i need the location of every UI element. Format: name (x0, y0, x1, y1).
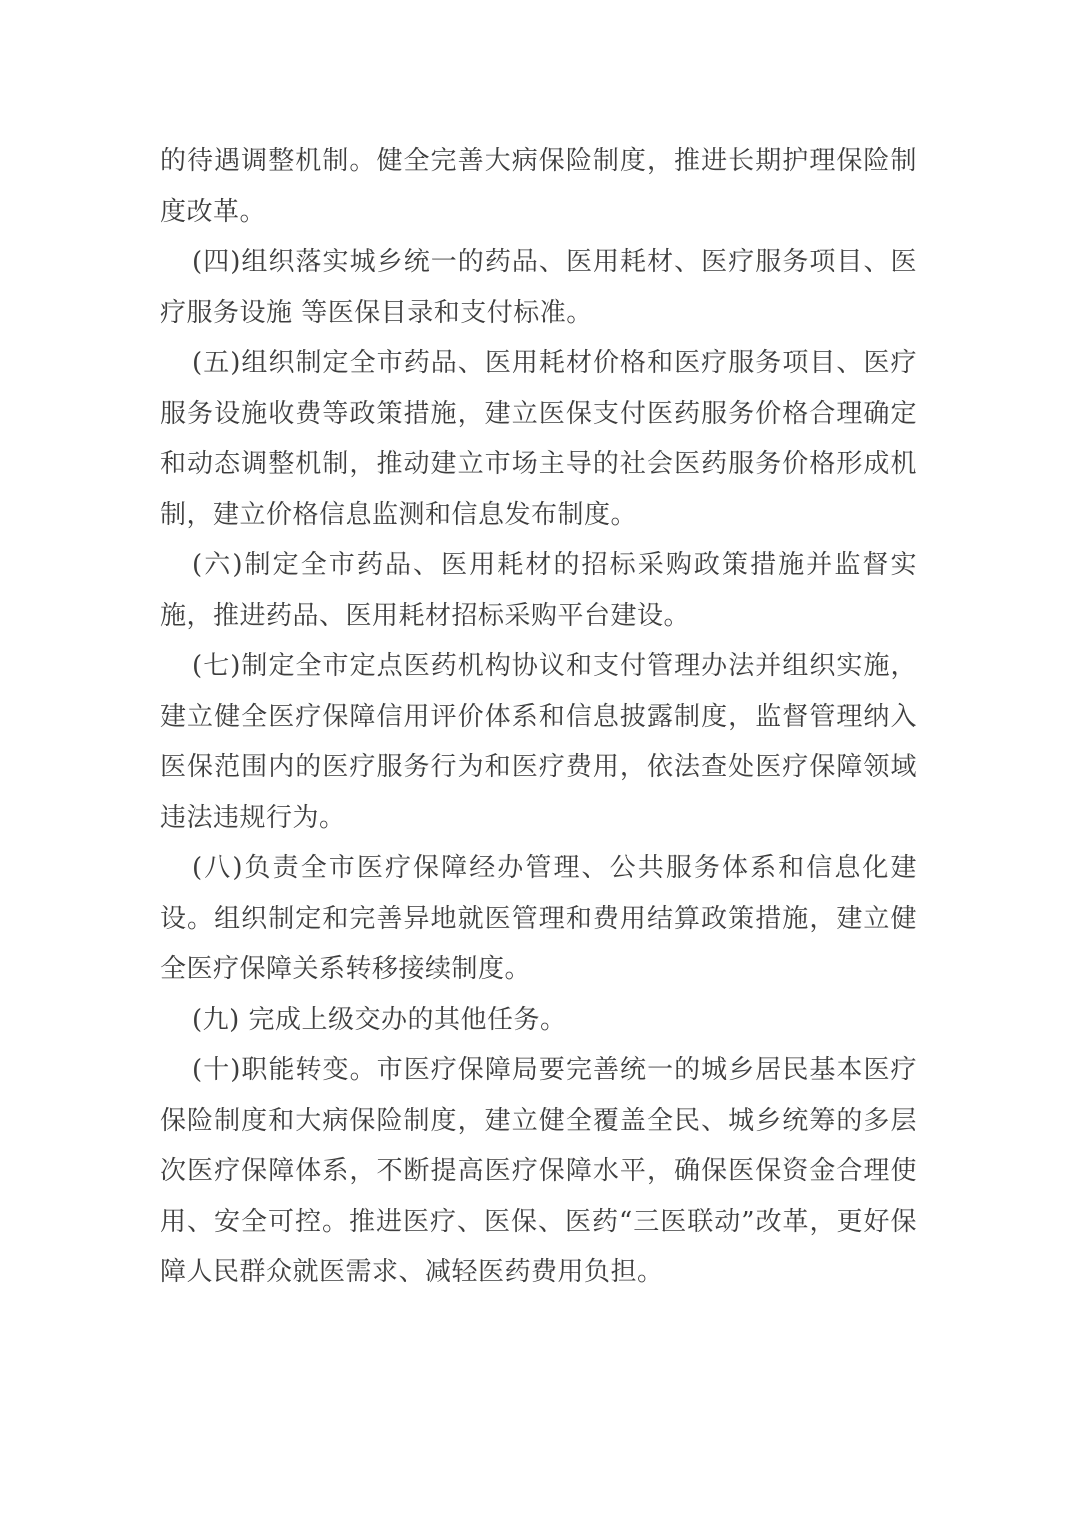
paragraph-item-6: (六)制定全市药品、医用耗材的招标采购政策措施并监督实施，推进药品、医用耗材招标… (160, 540, 917, 641)
paragraph-item-8: (八)负责全市医疗保障经办管理、公共服务体系和信息化建设。组织制定和完善异地就医… (160, 843, 917, 995)
paragraph-item-7: (七)制定全市定点医药机构协议和支付管理办法并组织实施，建立健全医疗保障信用评价… (160, 641, 917, 843)
paragraph-item-10: (十)职能转变。市医疗保障局要完善统一的城乡居民基本医疗保险制度和大病保险制度，… (160, 1045, 917, 1298)
paragraph-item-5: (五)组织制定全市药品、医用耗材价格和医疗服务项目、医疗服务设施收费等政策措施，… (160, 338, 917, 540)
paragraph-item-4: (四)组织落实城乡统一的药品、医用耗材、医疗服务项目、医疗服务设施 等医保目录和… (160, 237, 917, 338)
document-page: 的待遇调整机制。健全完善大病保险制度，推进长期护理保险制度改革。 (四)组织落实… (160, 136, 917, 1298)
paragraph-continuation: 的待遇调整机制。健全完善大病保险制度，推进长期护理保险制度改革。 (160, 136, 917, 237)
paragraph-item-9: (九) 完成上级交办的其他任务。 (160, 995, 917, 1046)
